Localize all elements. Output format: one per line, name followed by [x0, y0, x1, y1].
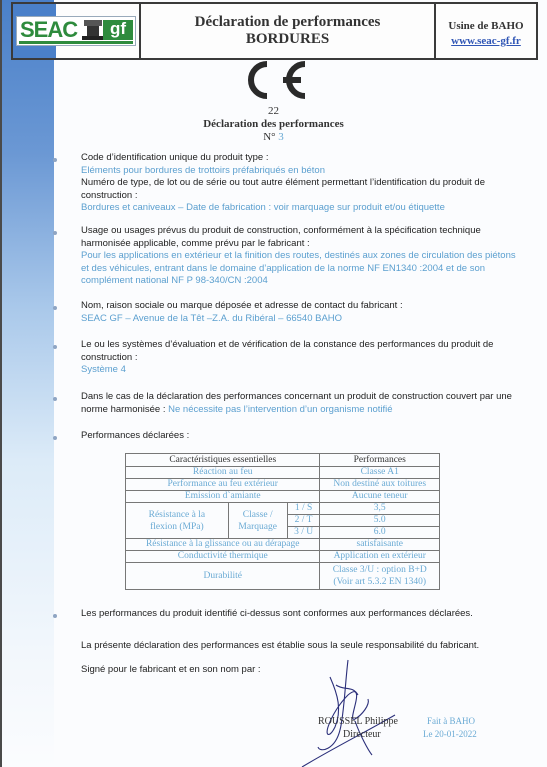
signing-date: Le 20-01-2022 — [423, 729, 477, 739]
bollard-icon — [87, 20, 99, 40]
section-label: Le ou les systèmes d’évaluation et de vé… — [81, 339, 521, 364]
performance-line-1: Classe 3/U : option B+D — [320, 564, 439, 576]
logo-cell: SEAC gf — [13, 4, 141, 58]
characteristic-cell: Emission d`amiante — [126, 491, 320, 503]
section-value: Pour les applications en extérieur et la… — [81, 250, 521, 288]
performance-cell: Application en extérieur — [320, 551, 440, 563]
section-avcp-system: Le ou les systèmes d’évaluation et de vé… — [81, 339, 521, 377]
section-intended-use: Usage ou usages prévus du produit de con… — [81, 225, 521, 288]
performance-cell: 3,5 — [320, 503, 440, 515]
table-header-row: Caractéristiques essentielles Performanc… — [126, 454, 440, 467]
characteristic-cell: Performance au feu extérieur — [126, 479, 320, 491]
group-cell: Classe / Marquage — [228, 503, 287, 539]
signature-icon — [300, 655, 420, 767]
bullet-icon — [53, 158, 57, 162]
performance-line-2: (Voir art 5.3.2 EN 1340) — [320, 576, 439, 588]
characteristic-cell: Conductivité thermique — [126, 551, 320, 563]
logo-tagline — [19, 41, 133, 44]
section-value: Système 4 — [81, 364, 521, 377]
header-performance: Performances — [320, 454, 440, 467]
characteristic-cell: Réaction au feu — [126, 467, 320, 479]
document-header: SEAC gf Déclaration de performances BORD… — [11, 2, 538, 60]
section-value-2: Bordures et caniveaux – Date de fabricat… — [81, 202, 521, 215]
section-label-2: Numéro de type, de lot ou de série ou to… — [81, 177, 521, 202]
section-label: Code d’identification unique du produit … — [81, 152, 521, 165]
number-label: N° — [263, 131, 275, 143]
section-declared-performance: Performances déclarées : — [81, 430, 521, 443]
website-link[interactable]: www.seac-gf.fr — [451, 35, 521, 47]
title-line-2: BORDURES — [141, 31, 434, 48]
characteristic-cell: Résistance à la flexion (MPa) — [126, 503, 229, 539]
performance-cell: satisfaisante — [320, 539, 440, 551]
header-title: Déclaration de performances BORDURES — [141, 4, 436, 58]
section-value: SEAC GF – Avenue de la Têt –Z.A. du Ribé… — [81, 313, 521, 326]
ce-number: 22 — [0, 105, 547, 117]
performance-cell: Aucune teneur — [320, 491, 440, 503]
bullet-icon — [53, 306, 57, 310]
class-cell: 1 / S — [287, 503, 320, 515]
section-label: Usage ou usages prévus du produit de con… — [81, 225, 521, 250]
section-manufacturer: Nom, raison sociale ou marque déposée et… — [81, 300, 521, 325]
section-value: Eléments pour bordures de trottoirs préf… — [81, 165, 521, 178]
class-cell: 2 / T — [287, 515, 320, 527]
title-line-1: Déclaration de performances — [141, 14, 434, 31]
header-site: Usine de BAHO www.seac-gf.fr — [436, 4, 536, 58]
header-characteristics: Caractéristiques essentielles — [126, 454, 320, 467]
bullet-icon — [53, 345, 57, 349]
section-harmonised-standard: Dans le cas de la déclaration des perfor… — [81, 391, 521, 416]
performance-table: Caractéristiques essentielles Performanc… — [125, 453, 440, 590]
performance-cell: Classe A1 — [320, 467, 440, 479]
table-row: Performance au feu extérieur Non destiné… — [126, 479, 440, 491]
logo-suffix: gf — [103, 20, 133, 40]
plant-name: Usine de BAHO — [436, 19, 536, 34]
declaration-number: N° 3 — [0, 131, 547, 143]
section-value: Ne nécessite pas l’intervention d’un org… — [168, 404, 392, 415]
table-row: Emission d`amiante Aucune teneur — [126, 491, 440, 503]
characteristic-cell: Durabilité — [126, 563, 320, 590]
section-label: Nom, raison sociale ou marque déposée et… — [81, 300, 521, 313]
number-value: 3 — [278, 131, 284, 143]
table-row: Réaction au feu Classe A1 — [126, 467, 440, 479]
table-row: Résistance à la glissance ou au dérapage… — [126, 539, 440, 551]
signatory-name: ROUSSEL Philippe — [318, 716, 398, 727]
conformity-statement: Les performances du produit identifié ci… — [81, 608, 521, 621]
responsibility-statement: La présente déclaration des performances… — [81, 640, 521, 653]
logo-brand: SEAC — [20, 17, 77, 43]
signatory-role: Directeur — [343, 729, 381, 740]
declaration-title: Déclaration des performances — [0, 118, 547, 130]
class-cell: 3 / U — [287, 527, 320, 539]
section-product-code: Code d’identification unique du produit … — [81, 152, 521, 215]
table-row: Résistance à la flexion (MPa) Classe / M… — [126, 503, 440, 515]
bullet-icon — [53, 614, 57, 618]
company-logo: SEAC gf — [16, 16, 136, 46]
bullet-icon — [53, 231, 57, 235]
table-row: Durabilité Classe 3/U : option B+D (Voir… — [126, 563, 440, 590]
performance-cell: Non destiné aux toitures — [320, 479, 440, 491]
performance-cell: 6.0 — [320, 527, 440, 539]
ce-mark-icon — [237, 60, 313, 100]
bullet-icon — [53, 436, 57, 440]
bullet-icon — [53, 397, 57, 401]
signing-place: Fait à BAHO — [427, 716, 475, 726]
section-label: Performances déclarées : — [81, 430, 521, 443]
performance-cell: Classe 3/U : option B+D (Voir art 5.3.2 … — [320, 563, 440, 590]
performance-cell: 5.0 — [320, 515, 440, 527]
characteristic-cell: Résistance à la glissance ou au dérapage — [126, 539, 320, 551]
table-row: Conductivité thermique Application en ex… — [126, 551, 440, 563]
